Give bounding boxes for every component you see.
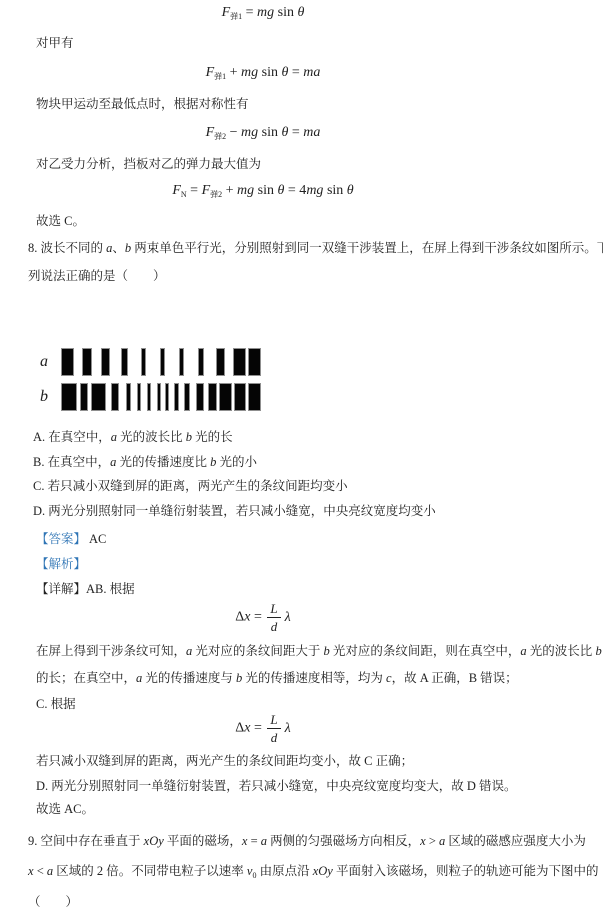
detail-line: 【详解】AB. 根据 bbox=[36, 581, 135, 598]
fringe-bar bbox=[160, 348, 165, 376]
fringe-bar bbox=[141, 348, 146, 376]
fringe-bar bbox=[219, 383, 232, 411]
fraction-numerator: L bbox=[267, 601, 280, 618]
q8-option-b: B. 在真空中，a 光的传播速度比 b 光的小 bbox=[33, 454, 257, 471]
formula-lhs: Δx = bbox=[235, 721, 265, 736]
answer-value: AC bbox=[89, 532, 106, 546]
detail-para-line2: 的长；在真空中，a 光的传播速度与 b 光的传播速度相等，均为 c，故 A 正确… bbox=[36, 670, 518, 687]
q9-stem-line2: x < a 区域的 2 倍。不同带电粒子以速率 v0 由原点沿 xOy 平面射入… bbox=[28, 863, 598, 884]
fraction-denominator: d bbox=[267, 729, 280, 745]
formula-delta-x-1: Δx = Ldλ bbox=[0, 601, 526, 634]
formula-lambda: λ bbox=[285, 721, 291, 736]
detail-c-conclusion: 若只减小双缝到屏的距离，两光产生的条纹间距均变小，故 C 正确； bbox=[36, 753, 413, 770]
fringe-bar bbox=[111, 383, 119, 411]
q8-stem-line2: 列说法正确的是（ ） bbox=[28, 268, 166, 285]
fringe-bar bbox=[61, 348, 74, 376]
fringe-bar bbox=[91, 383, 106, 411]
fringe-bars-b bbox=[61, 383, 261, 411]
fringe-bar bbox=[234, 383, 246, 411]
q8-option-c: C. 若只减小双缝到屏的距离，两光产生的条纹间距均变小 bbox=[33, 478, 348, 495]
fringe-bar bbox=[80, 383, 88, 411]
fringe-bar bbox=[165, 383, 169, 411]
fringe-label-a: a bbox=[40, 348, 61, 376]
fringe-bar bbox=[179, 348, 184, 376]
fringe-figure: a b bbox=[40, 348, 261, 418]
text-line-force-analysis: 对乙受力分析，挡板对乙的弹力最大值为 bbox=[36, 156, 261, 173]
fringe-bar bbox=[157, 383, 161, 411]
q9-stem-line1: 9. 空间中存在垂直于 xOy 平面的磁场，x = a 两侧的匀强磁场方向相反，… bbox=[28, 833, 586, 850]
answer-label: 【答案】 bbox=[36, 532, 86, 546]
formula-f-spring1: F弹1 = mg sin θ bbox=[0, 4, 526, 25]
detail-para-line1: 在屏上得到干涉条纹可知，a 光对应的条纹间距大于 b 光对应的条纹间距，则在真空… bbox=[36, 643, 603, 660]
fringe-bar bbox=[248, 383, 261, 411]
fraction: Ld bbox=[267, 601, 280, 634]
analysis-line: 【解析】 bbox=[36, 556, 86, 573]
text-line-choose-ac: 故选 AC。 bbox=[36, 801, 94, 818]
document-page: F弹1 = mg sin θ 对甲有 F弹1 + mg sin θ = ma 物… bbox=[0, 0, 603, 920]
fringe-bar bbox=[137, 383, 141, 411]
detail-c-basis: C. 根据 bbox=[36, 696, 76, 713]
q9-stem-line3: （ ） bbox=[28, 894, 78, 911]
fringe-bar bbox=[248, 348, 261, 376]
q8-stem-line1: 8. 波长不同的 a、b 两束单色平行光，分别照射到同一双缝干涉装置上，在屏上得… bbox=[28, 240, 603, 257]
fringe-bar bbox=[82, 348, 92, 376]
fraction: Ld bbox=[267, 712, 280, 745]
fringe-bar bbox=[147, 383, 151, 411]
fringe-row-b: b bbox=[40, 383, 261, 411]
fringe-row-a: a bbox=[40, 348, 261, 376]
formula-lambda: λ bbox=[285, 610, 291, 625]
formula-lhs: Δx = bbox=[235, 610, 265, 625]
fringe-bar bbox=[198, 348, 204, 376]
formula-f-spring1-newton: F弹1 + mg sin θ = ma bbox=[0, 64, 526, 85]
detail-d-conclusion: D. 两光分别照射同一单缝衍射装置，若只减小缝宽，中央亮纹宽度均变大，故 D 错… bbox=[36, 778, 517, 795]
fringe-bar bbox=[233, 348, 246, 376]
fringe-bar bbox=[126, 383, 131, 411]
fringe-bar bbox=[184, 383, 190, 411]
fringe-bar bbox=[208, 383, 217, 411]
analysis-label: 【解析】 bbox=[36, 557, 86, 571]
formula-f-normal-max: FN = F弹2 + mg sin θ = 4mg sin θ bbox=[0, 182, 526, 203]
fringe-bar bbox=[216, 348, 225, 376]
fringe-bar bbox=[61, 383, 77, 411]
q8-option-a: A. 在真空中，a 光的波长比 b 光的长 bbox=[33, 429, 233, 446]
fringe-bar bbox=[174, 383, 179, 411]
formula-f-spring2-newton: F弹2 − mg sin θ = ma bbox=[0, 124, 526, 145]
fraction-numerator: L bbox=[267, 712, 280, 729]
fringe-bars-a bbox=[61, 348, 261, 376]
formula-delta-x-2: Δx = Ldλ bbox=[0, 712, 526, 745]
text-line-lowest-point: 物块甲运动至最低点时，根据对称性有 bbox=[36, 96, 249, 113]
q8-option-d: D. 两光分别照射同一单缝衍射装置，若只减小缝宽，中央亮纹宽度均变小 bbox=[33, 503, 436, 520]
fraction-denominator: d bbox=[267, 618, 280, 634]
text-line-choose-c: 故选 C。 bbox=[36, 213, 85, 230]
answer-line: 【答案】AC bbox=[36, 531, 106, 548]
fringe-bar bbox=[121, 348, 128, 376]
text-line-dui-jia: 对甲有 bbox=[36, 35, 74, 52]
fringe-bar bbox=[196, 383, 204, 411]
fringe-bar bbox=[101, 348, 110, 376]
fringe-label-b: b bbox=[40, 383, 61, 411]
detail-text: AB. 根据 bbox=[86, 582, 135, 596]
detail-label: 【详解】 bbox=[36, 582, 86, 596]
